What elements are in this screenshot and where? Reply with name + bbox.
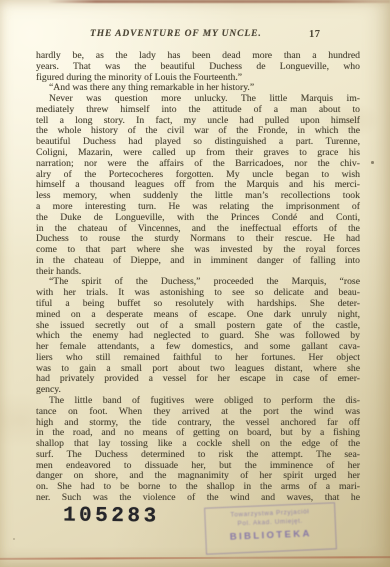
text-line: mined on a desperate means of escape. On…: [36, 310, 360, 321]
page-top-edge: [48, 0, 390, 3]
text-line: the Duke de Longueville, with the Prince…: [36, 213, 360, 224]
ink-speck: [371, 161, 374, 164]
text-line: had privately provided a vessel for her …: [36, 374, 360, 385]
book-page: THE ADVENTURE OF MY UNCLE. 17 hardly be,…: [0, 0, 390, 567]
running-header: THE ADVENTURE OF MY UNCLE. 17: [0, 29, 390, 43]
text-line: in the chateau of Dieppe, and in imminen…: [36, 256, 360, 267]
text-line: tance on foot. When they arrived at the …: [36, 407, 360, 418]
text-line: narration; nor were the affairs of the B…: [36, 159, 360, 170]
running-header-title: THE ADVENTURE OF MY UNCLE.: [90, 29, 262, 39]
accession-number-stamp: 105283: [63, 504, 160, 528]
page-edge-line: [0, 556, 390, 559]
library-stamp: Towarzystwa Przyjaciół Pol. Akad. Umieję…: [204, 502, 337, 554]
text-line: years. That was the beautiful Duchess de…: [36, 62, 360, 73]
text-line: ner. Such was the violence of the wind a…: [36, 493, 360, 504]
page-number: 17: [309, 29, 321, 40]
ink-speck: [13, 538, 15, 540]
library-stamp-line: BIBLIOTEKA: [206, 527, 335, 543]
body-text: hardly be, as the lady has been dead mor…: [36, 51, 360, 504]
